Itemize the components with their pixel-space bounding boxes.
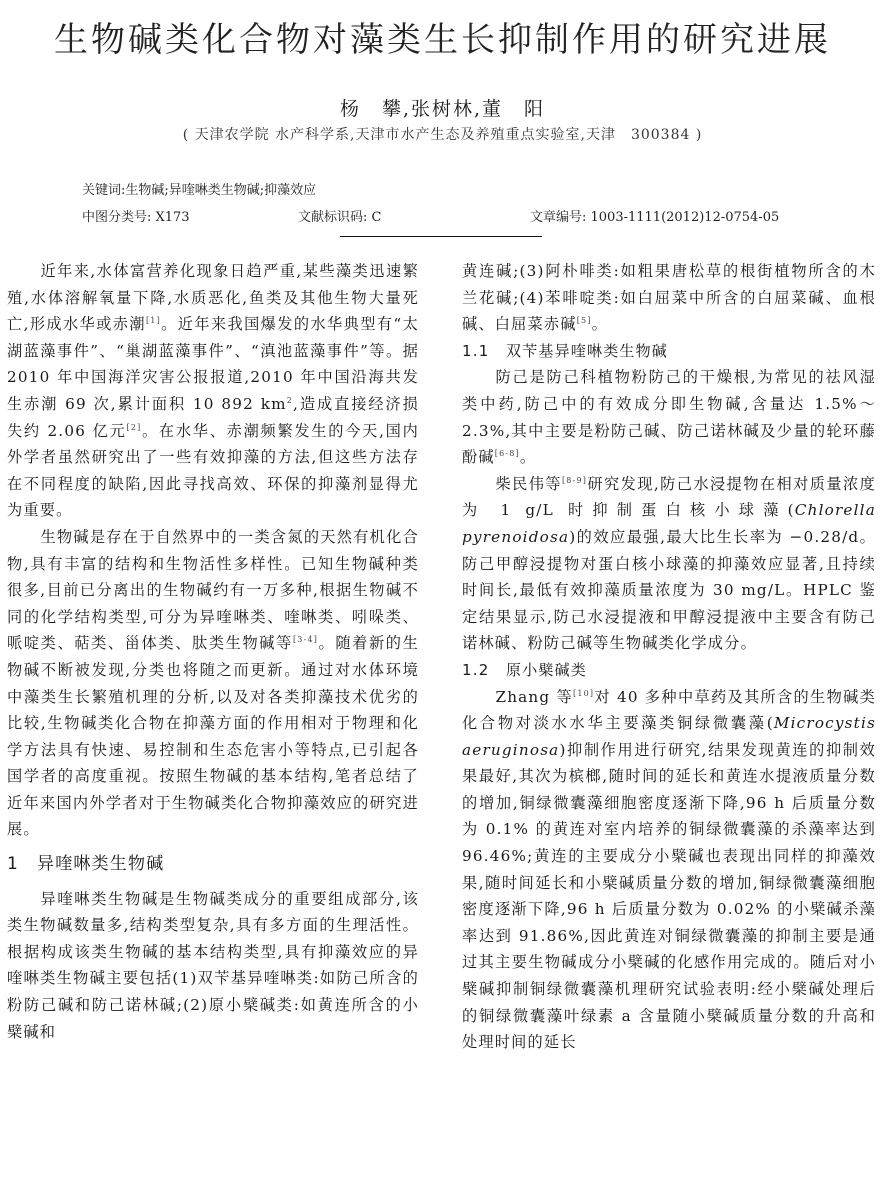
article-number: 文章编号: 1003-1111(2012)12-0754-05 — [530, 206, 779, 225]
section-title: 异喹啉类生物碱 — [37, 854, 164, 874]
subsection-title: 原小檗碱类 — [506, 661, 587, 679]
text: 。 — [592, 315, 608, 333]
header-separator — [340, 236, 542, 237]
citation-ref: [3-4] — [293, 635, 318, 644]
subsection-heading-1-1: 1.1双苄基异喹啉类生物碱 — [462, 338, 876, 365]
citation-ref: [6-8] — [495, 449, 520, 458]
paragraph-fangji: 防己是防己科植物粉防己的干燥根,为常见的祛风湿类中药,防己中的有效成分即生物碱,… — [462, 364, 876, 470]
citation-ref: [1] — [146, 316, 161, 325]
paragraph-continued: 黄连碱;(3)阿朴啡类:如粗果唐松草的根街植物所含的木兰花碱;(4)苯啡啶类:如… — [462, 258, 876, 338]
author-list: 杨 攀,张树林,董 阳 — [0, 94, 885, 121]
text: 异喹啉类生物碱是生物碱类成分的重要组成部分,该类生物碱数量多,结构类型复杂,具有… — [7, 890, 419, 1041]
right-column: 黄连碱;(3)阿朴啡类:如粗果唐松草的根街植物所含的木兰花碱;(4)苯啡啶类:如… — [462, 258, 876, 1056]
paper-title: 生物碱类化合物对藻类生长抑制作用的研究进展 — [0, 12, 885, 61]
keywords: 关键词:生物碱;异喹啉类生物碱;抑藻效应 — [82, 179, 316, 198]
text: )抑制作用进行研究,结果发现黄连的抑制效果最好,其次为槟榔,随时间的延长和黄连水… — [462, 741, 876, 1052]
paragraph-isoquinoline: 异喹啉类生物碱是生物碱类成分的重要组成部分,该类生物碱数量多,结构类型复杂,具有… — [7, 886, 419, 1046]
paragraph-intro: 近年来,水体富营养化现象日趋严重,某些藻类迅速繁殖,水体溶解氧量下降,水质恶化,… — [7, 258, 419, 524]
text: )的效应最强,最大比生长率为 −0.28/d。防己甲醇浸提物对蛋白核小球藻的抑藻… — [462, 528, 876, 652]
citation-ref: [8-9] — [562, 476, 587, 485]
affiliation: ( 天津农学院 水产科学系,天津市水产生态及养殖重点实验室,天津 300384 … — [0, 124, 885, 144]
citation-ref: [5] — [577, 316, 592, 325]
subsection-heading-1-2: 1.2原小檗碱类 — [462, 657, 876, 684]
paragraph-chai: 柴民伟等[8-9]研究发现,防己水浸提物在相对质量浓度为 1 g/L 时抑制蛋白… — [462, 471, 876, 657]
citation-ref: [10] — [573, 688, 594, 697]
section-heading-1: 1异喹啉类生物碱 — [7, 851, 419, 878]
text: Zhang 等 — [495, 688, 573, 706]
clc-number: 中图分类号: X173 — [82, 206, 190, 225]
subsection-title: 双苄基异喹啉类生物碱 — [506, 342, 668, 360]
paragraph-zhang: Zhang 等[10]对 40 多种中草药及其所含的生物碱类化合物对淡水水华主要… — [462, 684, 876, 1056]
text: 柴民伟等 — [495, 475, 562, 493]
paragraph-alkaloids: 生物碱是存在于自然界中的一类含氮的天然有机化合物,具有丰富的结构和生物活性多样性… — [7, 524, 419, 843]
document-code: 文献标识码: C — [298, 206, 381, 225]
text: 。 — [520, 448, 536, 466]
left-column: 近年来,水体富营养化现象日趋严重,某些藻类迅速繁殖,水体溶解氧量下降,水质恶化,… — [7, 258, 419, 1045]
subsection-number: 1.1 — [462, 338, 506, 365]
citation-ref: [2] — [127, 423, 142, 432]
text: 黄连碱;(3)阿朴啡类:如粗果唐松草的根街植物所含的木兰花碱;(4)苯啡啶类:如… — [462, 262, 876, 333]
section-number: 1 — [7, 851, 37, 878]
text: 。随着新的生物碱不断被发现,分类也将随之而更新。通过对水体环境中藻类生长繁殖机理… — [7, 634, 419, 838]
subsection-number: 1.2 — [462, 657, 506, 684]
